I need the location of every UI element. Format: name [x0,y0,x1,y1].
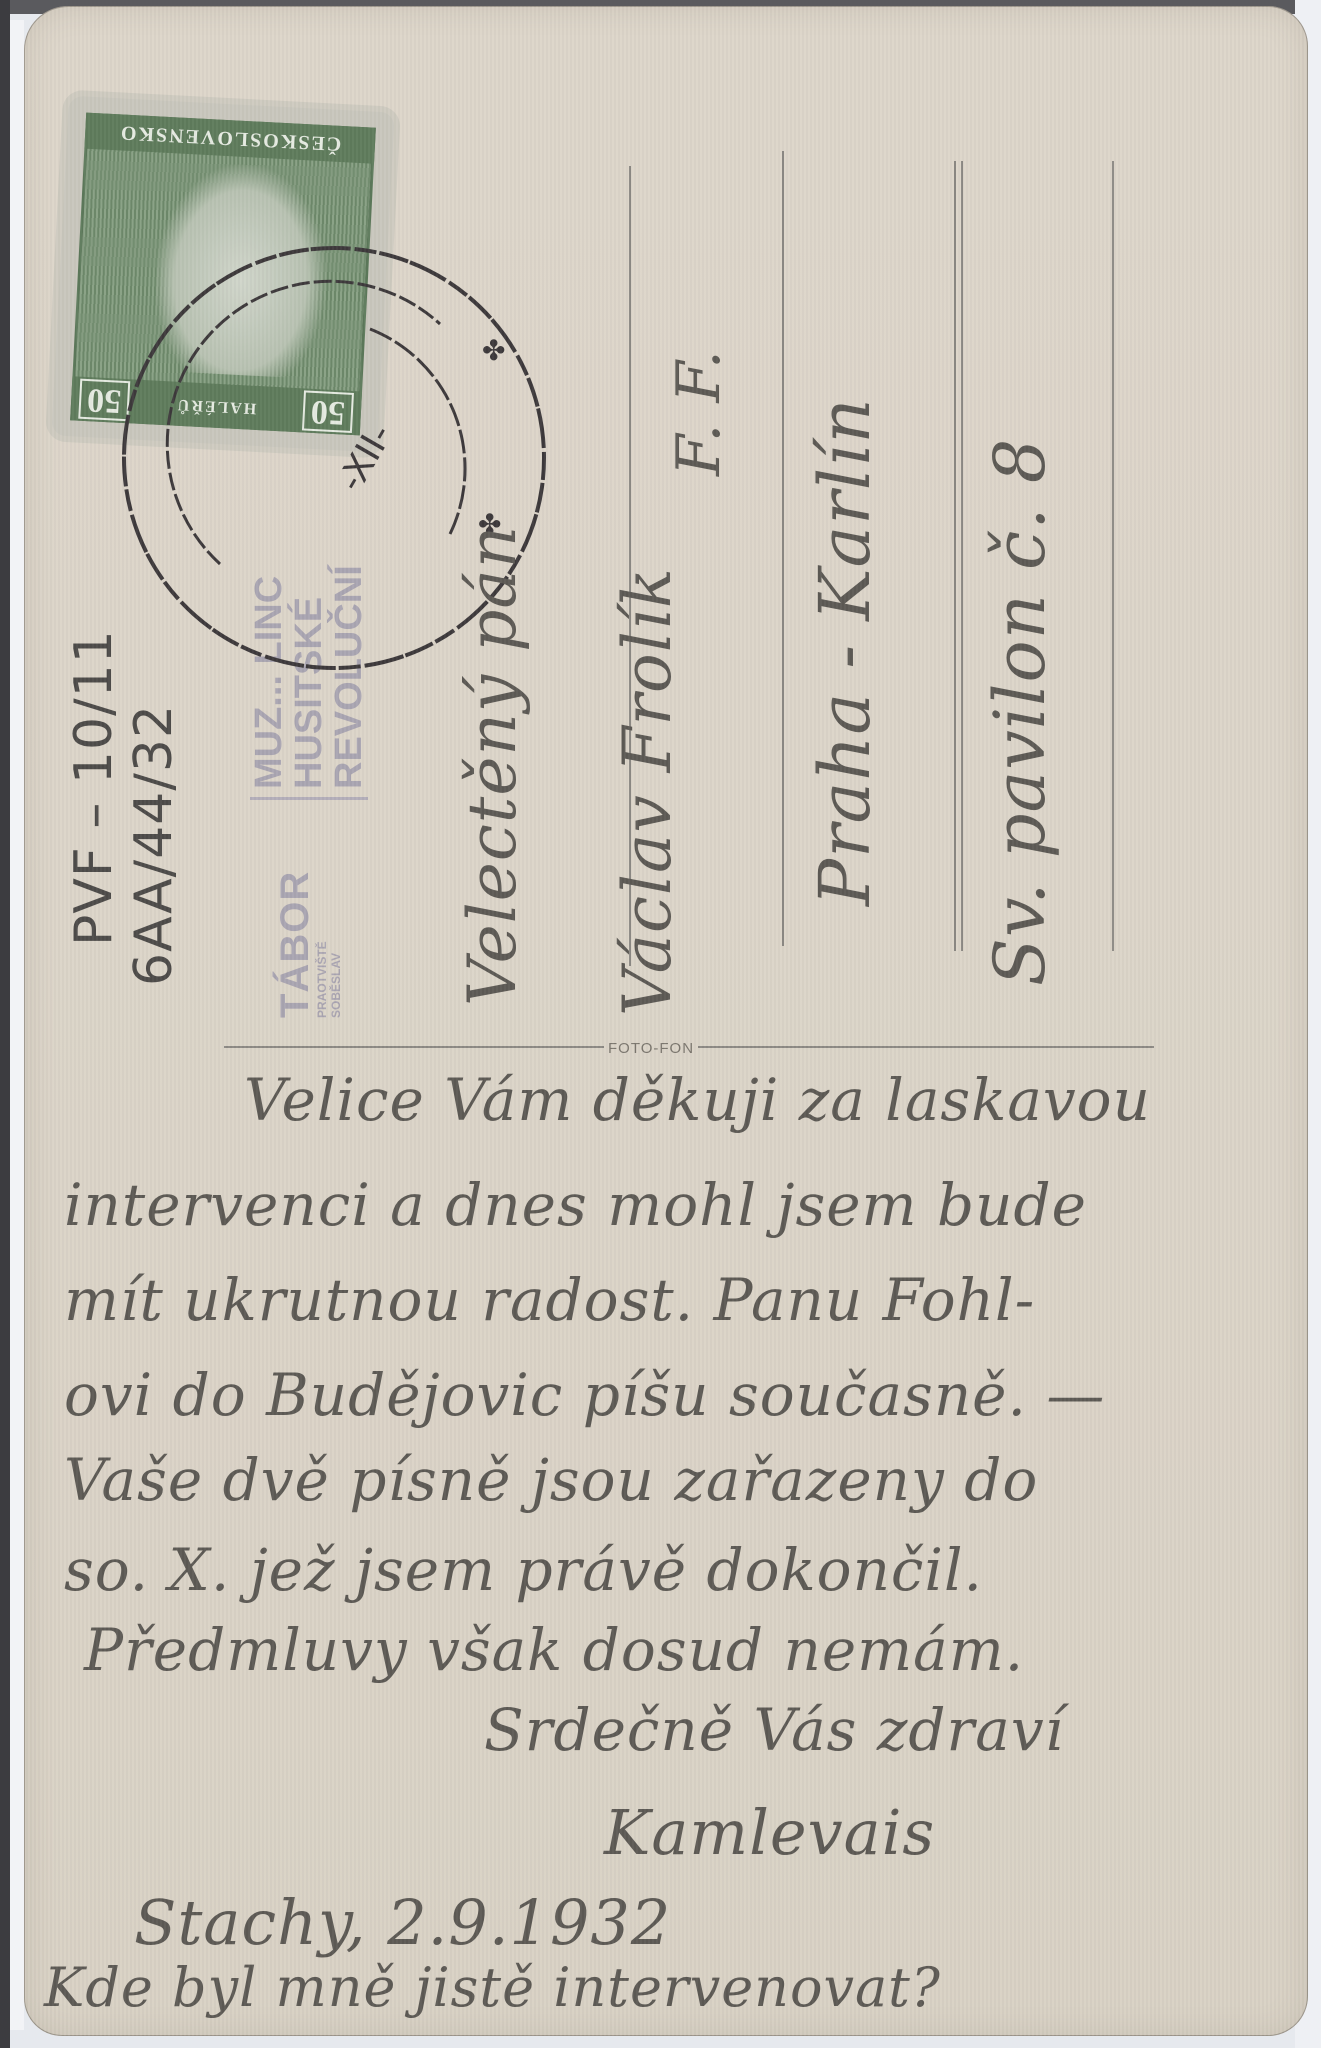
address-title: F. F. [664,349,734,476]
postscript: Kde byl mně jistě intervenovat? [44,1956,941,2019]
address-line-3b [961,161,963,951]
address-salutation: Velectěný pán [454,525,531,1006]
postcard: FOTO-FON TÁBOR PRAOTVIŠTĚ SOBĚSLAV MUZ..… [24,6,1308,2036]
message-line-7: Předmluvy však dosud nemám. [84,1616,1024,1684]
scanner-background-strip [10,20,24,2030]
message-closing: Srdečně Vás zdraví [484,1696,1064,1764]
slogan-sub-1: PRAOTVIŠTĚ [315,941,329,1018]
address-line-4 [1112,161,1114,951]
address-name: Václav Frolík [609,567,686,1016]
pencil-note-2: 6AA/44/32 [124,704,184,986]
scanner-background-left [0,0,10,2048]
message-line-4: ovi do Budějovic píšu současně. — [64,1361,1105,1429]
message-line-1: Velice Vám děkuji za laskavou [244,1066,1151,1134]
address-line-2 [782,151,784,946]
place-date: Stachy, 2.9.1932 [134,1886,671,1959]
address-line-3 [954,161,956,951]
message-line-6: so. X. jež jsem právě dokončil. [64,1536,983,1604]
message-signature: Kamlevais [604,1796,935,1869]
printer-mark: FOTO-FON [604,1040,698,1057]
message-line-5: Vaše dvě písně jsou zařazeny do [64,1446,1038,1514]
slogan-divider [250,797,368,800]
message-line-3: mít ukrutnou radost. Panu Fohl- [64,1266,1035,1334]
slogan-sub-2: SOBĚSLAV [329,953,343,1018]
pencil-note-1: PVF – 10/11 [64,629,124,946]
address-street: Sv. pavilon č. 8 [979,438,1061,986]
slogan-city: TÁBOR [275,871,315,1018]
postmark-date: -XII- [330,417,401,498]
address-city: Praha - Karlín [804,397,886,906]
message-line-2: intervenci a dnes mohl jsem bude [64,1171,1087,1239]
postmark-ornament-1: ✤ [482,334,505,367]
